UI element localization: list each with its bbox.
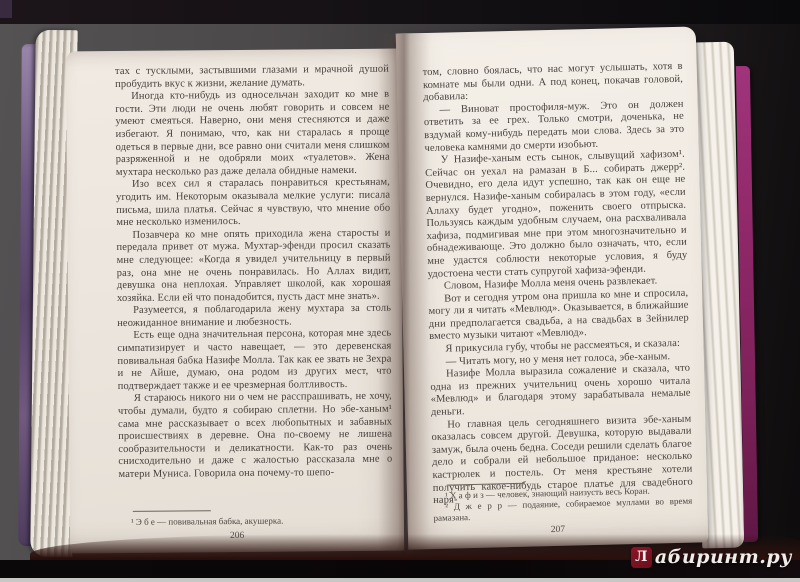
footnote-block-left: ¹ Э б е — повивальная бабка, акушерка. [119,509,392,528]
footnote-block-right: ¹ Х а ф и з — человек, знающий наизусть … [433,479,693,524]
paragraph: Вот и сегодня утром она пришла ко мне и … [428,287,689,344]
paragraph: тах с тусклыми, застывшими глазами и мра… [115,64,389,92]
labirint-watermark: Л абиринт.ру [631,544,792,570]
dialogue-paragraph: — Виноват простофиля-муж. Это он должен … [423,99,684,156]
page-right-text: том, словно боялась, что нас могут услыш… [423,61,694,508]
photo-bottom-edge [0,578,800,582]
paragraph: Есть еще одна значительная персона, кото… [117,328,392,393]
backdrop-top-shadow [0,0,800,24]
paragraph: Иногда кто-нибудь из односельчан заходит… [115,89,390,180]
footnote-divider [133,510,211,512]
paragraph: Назифе Молла выразила сожаление и сказал… [430,363,691,420]
footnote: ¹ Э б е — повивальная бабка, акушерка. [119,515,392,528]
labirint-watermark-text: абиринт.ру [655,546,792,568]
paragraph: У Назифе-ханым есть сынок, слывущий хафи… [425,149,688,281]
page-left-text: тах с тусклыми, застывшими глазами и мра… [115,64,393,482]
book-page-right: том, словно боялась, что нас могут услыш… [396,26,709,549]
paragraph: Позавчера ко мне опять приходила жена ст… [116,227,391,305]
book-page-left: тах с тусклыми, застывшими глазами и мра… [66,49,404,554]
paragraph: Я стараюсь никого ни о чем не расспрашив… [118,391,393,482]
paragraph: том, словно боялась, что нас могут услыш… [423,61,684,105]
paragraph: Изо всех сил я старалась понравиться кре… [116,177,390,230]
paragraph: Разумеется, я поблагодарила жену мухтара… [117,303,391,331]
labirint-logo-icon: Л [631,547,652,568]
book-photo: тах с тусклыми, застывшими глазами и мра… [0,0,800,582]
